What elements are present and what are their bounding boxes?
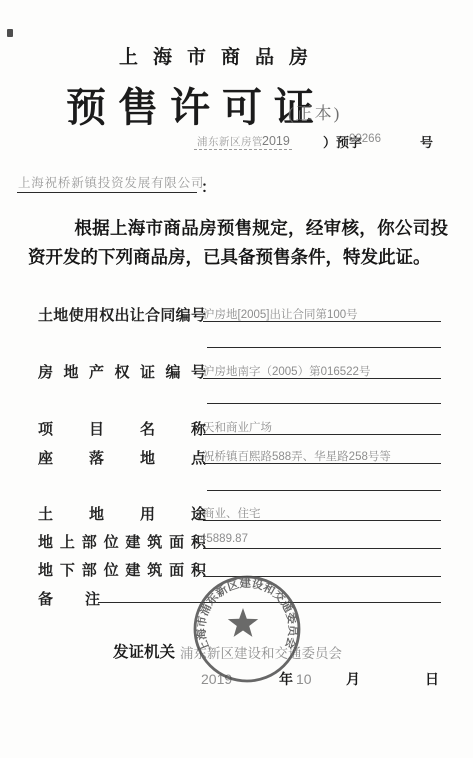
field-value-project-name: 天和商业广场 bbox=[203, 419, 272, 435]
date-month-unit: 月 bbox=[346, 669, 360, 689]
seal-arc-text: 上海市浦东新区建设和交通委员会 bbox=[194, 576, 301, 655]
seal-star-icon bbox=[228, 608, 258, 637]
field-label-property-cert: 房 地 产 权 证 编 号 bbox=[38, 361, 206, 382]
field-line-project-name bbox=[203, 434, 441, 435]
presale-permit-document: { "header": { "title_small": "上海市商品房", "… bbox=[0, 0, 473, 758]
date-day-unit: 日 bbox=[425, 669, 439, 689]
doc-number-underline bbox=[194, 149, 292, 150]
field-label-above-ground-area: 地 上 部 位 建 筑 面 积 bbox=[38, 531, 206, 552]
field-label-below-ground-area: 地 下 部 位 建 筑 面 积 bbox=[38, 559, 206, 580]
field-value-location: 祝桥镇百熙路588弄、华星路258号等 bbox=[203, 448, 391, 464]
company-name: 上海祝桥新镇投资发展有限公司 bbox=[18, 173, 204, 191]
company-colon: ： bbox=[201, 176, 216, 197]
doc-number-year: 2019 bbox=[262, 134, 290, 148]
doc-number-suffix: 号 bbox=[420, 132, 433, 151]
document-title-large: 预售许可证 bbox=[66, 76, 326, 133]
copy-type-label: (正本) bbox=[288, 99, 341, 124]
doc-number-line: 浦东新区房管 2019 ）预字 00266 号 bbox=[0, 130, 473, 154]
addressee-block: 上海祝桥新镇投资发展有限公司 ： bbox=[0, 168, 473, 198]
issuer-stamp-text: 浦东新区房管 bbox=[197, 134, 263, 149]
field-line-land-contract bbox=[203, 321, 441, 322]
issuer-label: 发证机关 bbox=[113, 640, 175, 662]
field-value-above-ground-area: 45889.87 bbox=[200, 533, 248, 545]
field-value-property-cert: 沪房地南字（2005）第016522号 bbox=[203, 363, 370, 379]
document-title-small: 上海市商品房 bbox=[119, 42, 323, 69]
field-line-land-use bbox=[203, 520, 441, 521]
company-underline bbox=[17, 192, 197, 193]
field-label-project-name: 项 目 名 称 bbox=[38, 418, 206, 439]
field-label-remarks: 备 注 bbox=[38, 588, 100, 609]
field-value-land-use: 商业、住宅 bbox=[203, 505, 261, 521]
field-value-land-contract: 沪房地[2005]出让合同第100号 bbox=[203, 306, 358, 322]
continuation-line-1 bbox=[207, 347, 441, 348]
field-label-land-contract: 土地使用权出让合同编号 bbox=[38, 304, 206, 325]
doc-number-serial: 00266 bbox=[349, 133, 381, 145]
continuation-line-3 bbox=[207, 490, 441, 491]
field-line-above-ground-area bbox=[203, 548, 441, 549]
continuation-line-2 bbox=[207, 403, 441, 404]
field-label-location: 座 落 地 点 bbox=[38, 447, 206, 468]
official-round-seal: 上海市浦东新区建设和交通委员会 bbox=[191, 573, 303, 685]
field-label-land-use: 土 地 用 途 bbox=[38, 503, 206, 524]
field-line-location bbox=[203, 463, 441, 464]
scan-speck bbox=[7, 29, 13, 37]
body-paragraph: 根据上海市商品房预售规定，经审核，你公司投资开发的下列商品房，已具备预售条件，特… bbox=[28, 214, 448, 271]
field-line-property-cert bbox=[203, 378, 441, 379]
